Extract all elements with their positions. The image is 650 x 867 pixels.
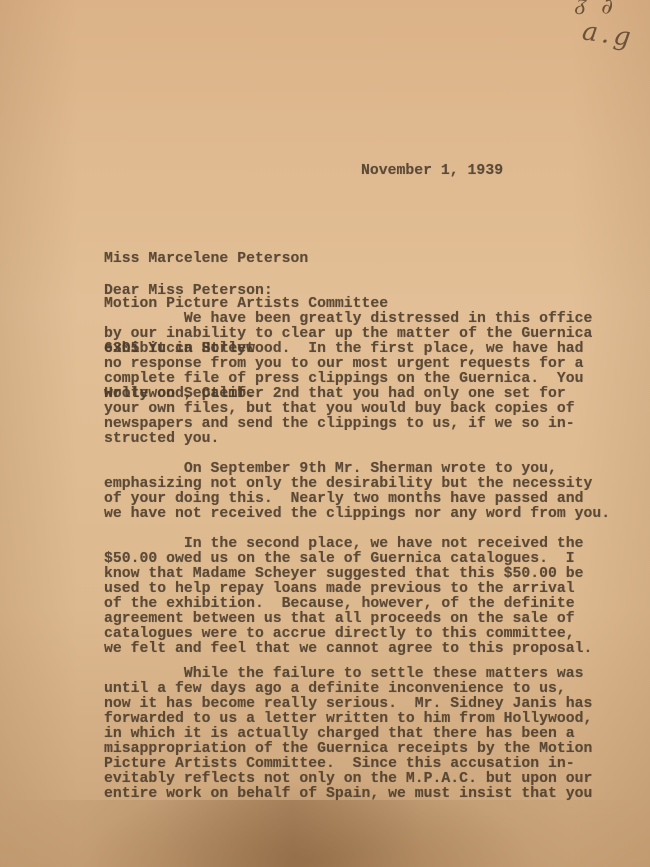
text-line: entire work on behalf of Spain, we must … [104,787,592,802]
salutation: Dear Miss Peterson: [104,284,273,299]
paragraph-2: On September 9th Mr. Sherman wrote to yo… [104,462,610,522]
text-line: we have not received the clippings nor a… [104,507,610,522]
text-line: $50.00 owed us on the sale of Guernica c… [104,552,592,567]
text-line: emphasizing not only the desirability bu… [104,477,610,492]
text-line: On September 9th Mr. Sherman wrote to yo… [104,462,610,477]
text-line: misappropriation of the Guernica receipt… [104,742,592,757]
text-line: complete file of press clippings on the … [104,372,592,387]
text-line: newspapers and send the clippings to us,… [104,417,592,432]
text-line: In the second place, we have not receive… [104,537,592,552]
text-line: by our inability to clear up the matter … [104,327,592,342]
text-line: We have been greatly distressed in this … [104,312,592,327]
text-line: agreement between us that all proceeds o… [104,612,592,627]
text-line: your own files, but that you would buy b… [104,402,592,417]
recipient-name: Miss Marcelene Peterson [104,252,388,267]
text-line: no response from you to our most urgent … [104,357,592,372]
text-line: now it has become really serious. Mr. Si… [104,697,592,712]
text-line: catalogues were to accrue directly to th… [104,627,592,642]
text-line: wrote on September 2nd that you had only… [104,387,592,402]
paragraph-1: We have been greatly distressed in this … [104,312,592,447]
handwritten-annotation: ᵹ ∂ a.g [580,0,640,53]
text-line: in which it is actually charged that the… [104,727,592,742]
text-line: evitably reflects not only on the M.P.A.… [104,772,592,787]
text-line: until a few days ago a definite inconven… [104,682,592,697]
paragraph-4: While the failure to settle these matter… [104,667,592,802]
text-line: While the failure to settle these matter… [104,667,592,682]
paragraph-3: In the second place, we have not receive… [104,537,592,657]
letter-date: November 1, 1939 [361,164,503,179]
handwritten-initials: a.g [580,16,636,53]
text-line: of your doing this. Nearly two months ha… [104,492,610,507]
text-line: structed you. [104,432,592,447]
text-line: Picture Artists Committee. Since this ac… [104,757,592,772]
text-line: know that Madame Scheyer suggested that … [104,567,592,582]
paper-fold-shadow [0,800,650,867]
text-line: forwarded to us a letter written to him … [104,712,592,727]
recipient-organization: Motion Picture Artists Committee [104,297,388,312]
text-line: we felt and feel that we cannot agree to… [104,642,592,657]
text-line: exhibit in Hollywood. In the first place… [104,342,592,357]
text-line: used to help repay loans made previous t… [104,582,592,597]
text-line: of the exhibition. Because, however, of … [104,597,592,612]
